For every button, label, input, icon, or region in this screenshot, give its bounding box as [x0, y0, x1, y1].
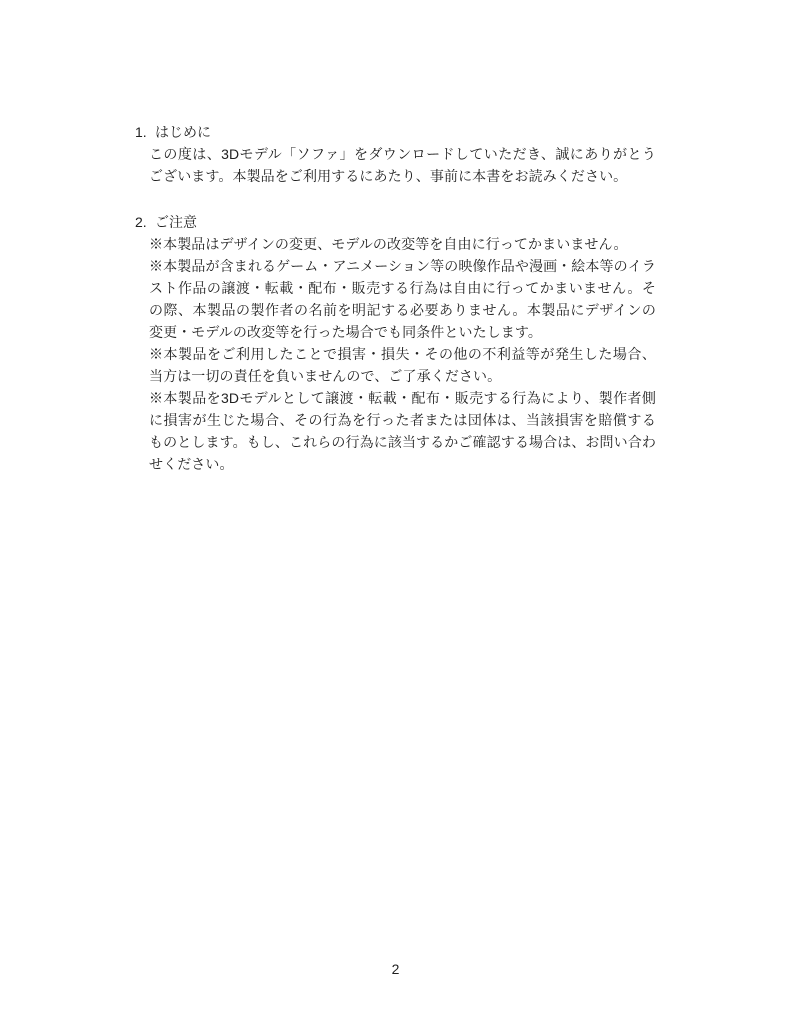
notice-item: ※本製品が含まれるゲーム・アニメーション等の映像作品や漫画・絵本等のイラスト作品… [149, 255, 656, 343]
section-title: はじめに [155, 121, 211, 143]
section-number: 1. [135, 121, 155, 143]
notice-item: ※本製品をご利用したことで損害・損失・その他の不利益等が発生した場合、当方は一切… [149, 343, 656, 387]
section-notes: 2. ご注意 ※本製品はデザインの変更、モデルの改変等を自由に行ってかまいません… [135, 211, 656, 475]
page-number: 2 [0, 958, 791, 980]
section-body: ※本製品はデザインの変更、モデルの改変等を自由に行ってかまいません。 ※本製品が… [149, 233, 656, 475]
section-body: この度は、3Dモデル「ソファ」をダウンロードしていただき、誠にありがとうございま… [149, 143, 656, 187]
document-page: 1. はじめに この度は、3Dモデル「ソファ」をダウンロードしていただき、誠にあ… [0, 0, 791, 1024]
section-heading: 2. ご注意 [135, 211, 656, 233]
notice-item: ※本製品を3Dモデルとして譲渡・転載・配布・販売する行為により、製作者側に損害が… [149, 387, 656, 475]
paragraph: この度は、3Dモデル「ソファ」をダウンロードしていただき、誠にありがとうございま… [149, 143, 656, 187]
document-content: 1. はじめに この度は、3Dモデル「ソファ」をダウンロードしていただき、誠にあ… [135, 121, 656, 475]
section-introduction: 1. はじめに この度は、3Dモデル「ソファ」をダウンロードしていただき、誠にあ… [135, 121, 656, 187]
section-title: ご注意 [155, 211, 197, 233]
section-number: 2. [135, 211, 155, 233]
notice-item: ※本製品はデザインの変更、モデルの改変等を自由に行ってかまいません。 [149, 233, 656, 255]
section-heading: 1. はじめに [135, 121, 656, 143]
